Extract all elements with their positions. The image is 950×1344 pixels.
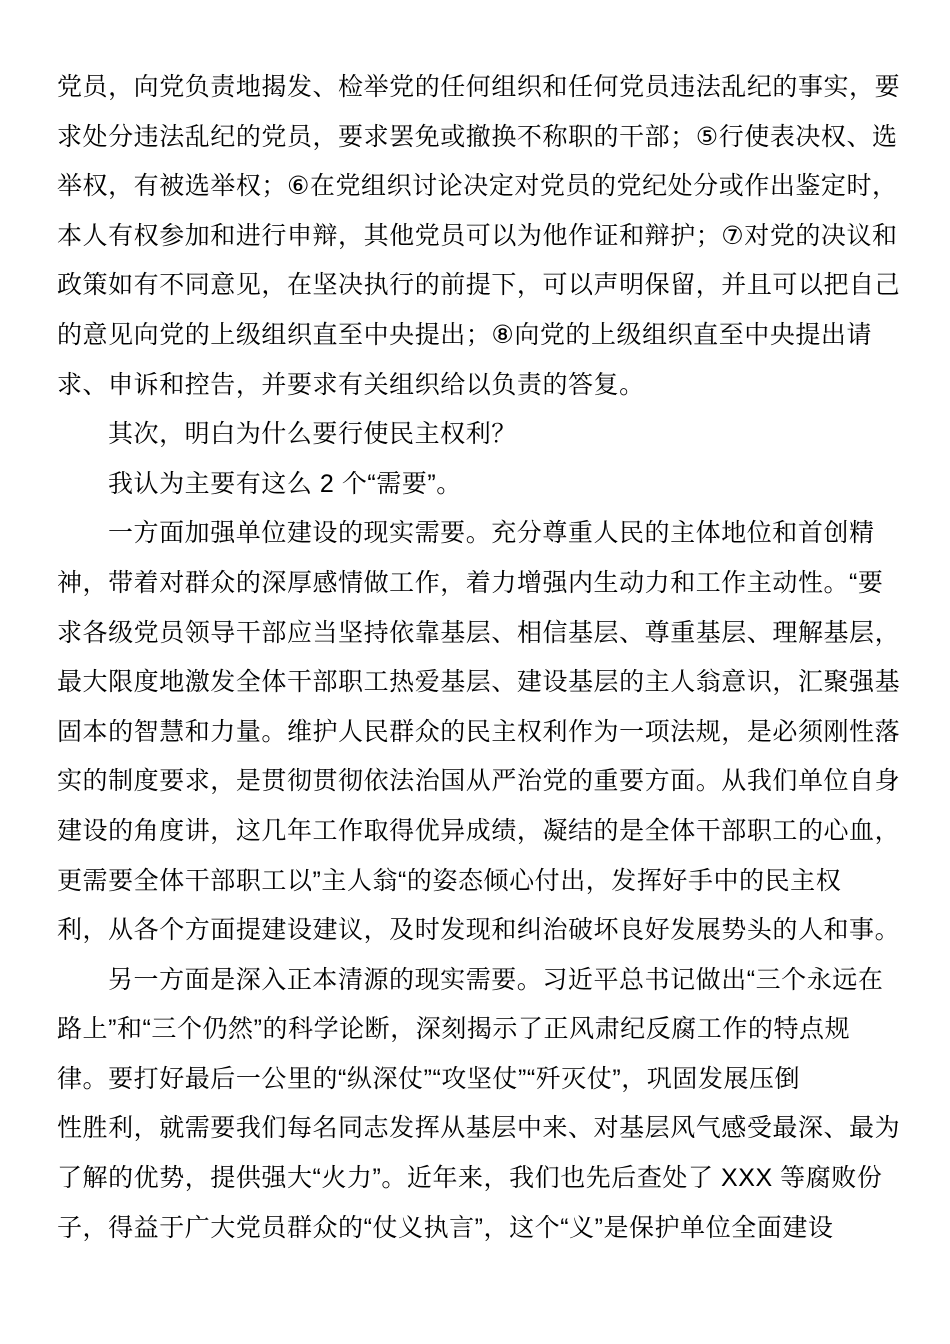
text-line: 子，得益于广大党员群众的“仗义执言”，这个“义”是保护单位全面建设 — [57, 1204, 910, 1254]
text-line: 一方面加强单位建设的现实需要。充分尊重人民的主体地位和首创精 — [57, 509, 910, 559]
paragraph: 另一方面是深入正本清源的现实需要。习近平总书记做出“三个永远在路上”和“三个仍然… — [57, 956, 910, 1254]
paragraph: 党员，向党负责地揭发、检举党的任何组织和任何党员违法乱纪的事实，要求处分违法乱纪… — [57, 63, 910, 410]
document-page: { "page": { "background_color": "#ffffff… — [0, 0, 950, 1344]
paragraph: 其次，明白为什么要行使民主权利？ — [57, 410, 910, 460]
paragraph: 我认为主要有这么 2 个“需要”。 — [57, 460, 910, 510]
paragraph: 一方面加强单位建设的现实需要。充分尊重人民的主体地位和首创精神，带着对群众的深厚… — [57, 509, 910, 955]
text-line: 求处分违法乱纪的党员，要求罢免或撤换不称职的干部；⑤行使表决权、选 — [57, 113, 910, 163]
text-line: 了解的优势，提供强大“火力”。近年来，我们也先后查处了 XXX 等腐败份 — [57, 1154, 910, 1204]
text-line: 最大限度地激发全体干部职工热爱基层、建设基层的主人翁意识，汇聚强基 — [57, 658, 910, 708]
text-line: 政策如有不同意见，在坚决执行的前提下，可以声明保留，并且可以把自己 — [57, 261, 910, 311]
text-line: 更需要全体干部职工以”主人翁“的姿态倾心付出，发挥好手中的民主权 — [57, 857, 910, 907]
text-line: 其次，明白为什么要行使民主权利？ — [57, 410, 910, 460]
text-line: 我认为主要有这么 2 个“需要”。 — [57, 460, 910, 510]
document-body: 党员，向党负责地揭发、检举党的任何组织和任何党员违法乱纪的事实，要求处分违法乱纪… — [57, 63, 910, 1253]
text-line: 固本的智慧和力量。维护人民群众的民主权利作为一项法规，是必须刚性落 — [57, 708, 910, 758]
document-page-canvas: 党员，向党负责地揭发、检举党的任何组织和任何党员违法乱纪的事实，要求处分违法乱纪… — [0, 0, 950, 1344]
text-line: 性胜利，就需要我们每名同志发挥从基层中来、对基层风气感受最深、最为 — [57, 1104, 910, 1154]
text-line: 本人有权参加和进行申辩，其他党员可以为他作证和辩护；⑦对党的决议和 — [57, 212, 910, 262]
text-line: 律。要打好最后一公里的“纵深仗”“攻坚仗”“歼灭仗”，巩固发展压倒 — [57, 1055, 910, 1105]
text-line: 的意见向党的上级组织直至中央提出；⑧向党的上级组织直至中央提出请 — [57, 311, 910, 361]
text-line: 建设的角度讲，这几年工作取得优异成绩，凝结的是全体干部职工的心血， — [57, 807, 910, 857]
text-line: 求、申诉和控告，并要求有关组织给以负责的答复。 — [57, 361, 910, 411]
text-line: 举权，有被选举权；⑥在党组织讨论决定对党员的党纪处分或作出鉴定时， — [57, 162, 910, 212]
text-line: 神，带着对群众的深厚感情做工作，着力增强内生动力和工作主动性。“要 — [57, 559, 910, 609]
text-line: 路上”和“三个仍然”的科学论断，深刻揭示了正风肃纪反腐工作的特点规 — [57, 1005, 910, 1055]
text-line: 党员，向党负责地揭发、检举党的任何组织和任何党员违法乱纪的事实，要 — [57, 63, 910, 113]
text-line: 另一方面是深入正本清源的现实需要。习近平总书记做出“三个永远在 — [57, 956, 910, 1006]
text-line: 求各级党员领导干部应当坚持依靠基层、相信基层、尊重基层、理解基层， — [57, 609, 910, 659]
text-line: 实的制度要求，是贯彻贯彻依法治国从严治党的重要方面。从我们单位自身 — [57, 757, 910, 807]
text-line: 利，从各个方面提建设建议，及时发现和纠治破坏良好发展势头的人和事。 — [57, 906, 910, 956]
